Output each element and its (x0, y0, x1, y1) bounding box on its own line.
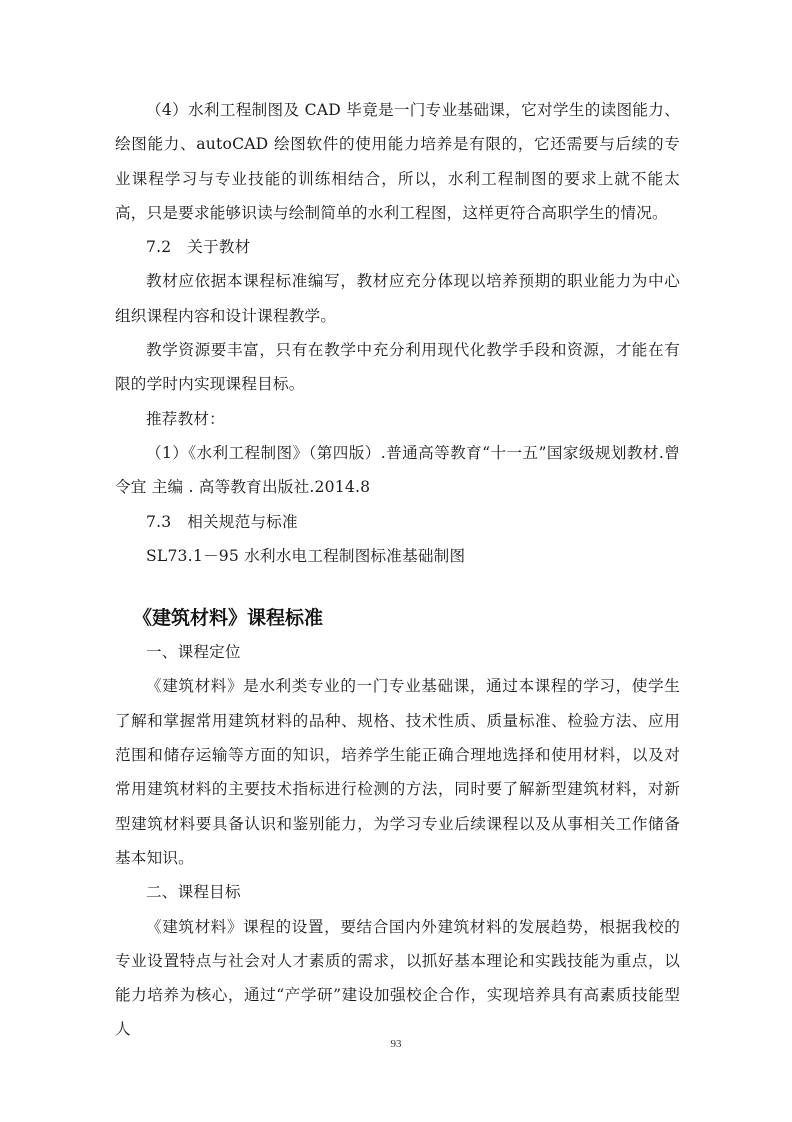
paragraph-cad-note: （4）水利工程制图及 CAD 毕竟是一门专业基础课，它对学生的读图能力、绘图能力… (115, 93, 680, 230)
paragraph-teaching-resources: 教学资源要丰富，只有在教学中充分利用现代化教学手段和资源，才能在有限的学时内实现… (115, 333, 680, 402)
textbook-reference-1: （1）《水利工程制图》（第四版）.普通高等教育“十一五”国家级规划教材.曾令宜 … (115, 436, 680, 505)
section-top: （4）水利工程制图及 CAD 毕竟是一门专业基础课，它对学生的读图能力、绘图能力… (115, 93, 680, 573)
subheading-textbook: 7.2 关于教材 (115, 230, 680, 264)
subheading-course-objectives: 二、课程目标 (115, 875, 680, 909)
paragraph-textbook-requirement: 教材应依据本课程标准编写，教材应充分体现以培养预期的职业能力为中心组织课程内容和… (115, 264, 680, 333)
document-page: （4）水利工程制图及 CAD 毕竟是一门专业基础课，它对学生的读图能力、绘图能力… (115, 93, 680, 1047)
label-recommended-textbooks: 推荐教材： (115, 402, 680, 436)
standard-reference: SL73.1－95 水利水电工程制图标准基础制图 (115, 539, 680, 573)
paragraph-course-objectives: 《建筑材料》课程的设置，要结合国内外建筑材料的发展趋势，根据我校的专业设置特点与… (115, 910, 680, 1047)
paragraph-course-positioning: 《建筑材料》是水利类专业的一门专业基础课，通过本课程的学习，使学生了解和掌握常用… (115, 669, 680, 875)
section-bottom: 一、课程定位 《建筑材料》是水利类专业的一门专业基础课，通过本课程的学习，使学生… (115, 635, 680, 1047)
subheading-course-positioning: 一、课程定位 (115, 635, 680, 669)
page-number: 93 (0, 1038, 792, 1050)
section-title: 《建筑材料》课程标准 (115, 601, 680, 635)
subheading-standards: 7.3 相关规范与标准 (115, 505, 680, 539)
